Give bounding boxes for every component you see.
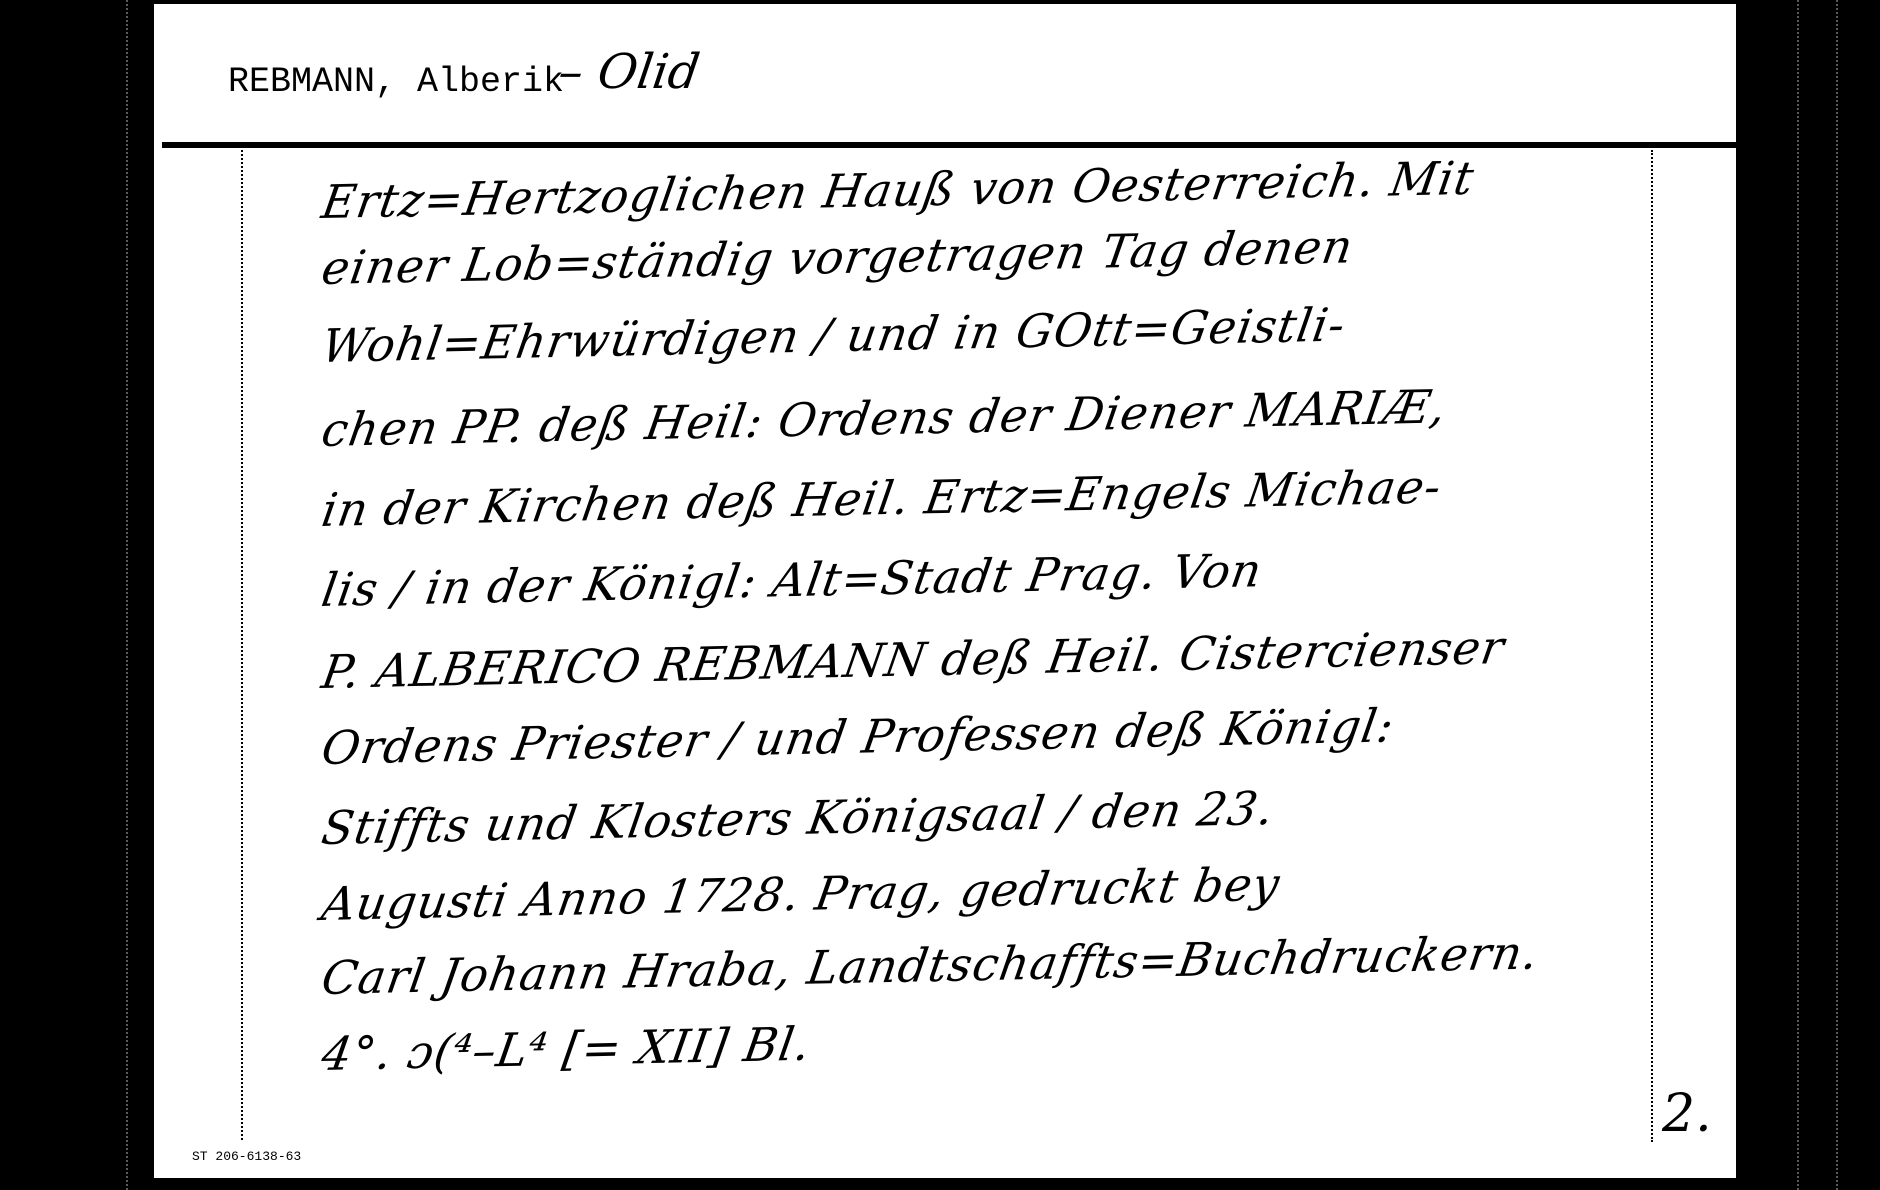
card-footer-code: ST 206-6138-63 (192, 1149, 301, 1164)
body-line: chen PP. deß Heil: Ordens der Diener MAR… (318, 378, 1451, 458)
card-header-name: REBMANN, Alberik (228, 62, 564, 102)
body-line: in der Kirchen deß Heil. Ertz=Engels Mic… (318, 458, 1446, 538)
right-margin-line (1651, 150, 1653, 1142)
body-line: P. ALBERICO REBMANN deß Heil. Cistercien… (318, 619, 1509, 700)
body-line: Carl Johann Hraba, Landtschaffts=Buchdru… (318, 924, 1543, 1006)
body-line: Augusti Anno 1728. Prag, gedruckt bey (318, 856, 1284, 932)
scan-noise-line (126, 0, 128, 1190)
card-header-annotation: – Olid (555, 44, 703, 100)
scan-noise-line (1797, 0, 1799, 1190)
body-line: einer Lob=ständig vorgetragen Tag denen (318, 218, 1357, 296)
body-line: Ertz=Hertzoglichen Hauß von Oesterreich.… (318, 150, 1478, 230)
left-margin-line (241, 150, 243, 1140)
scan-noise-line (1836, 0, 1838, 1190)
body-line: Ordens Priester / und Professen deß Köni… (318, 697, 1398, 776)
body-line: lis / in der Königl: Alt=Stadt Prag. Von (318, 542, 1266, 618)
body-line: Stiffts und Klosters Königsaal / den 23. (318, 780, 1278, 856)
scan-frame: REBMANN, Alberik – Olid Ertz=Hertzoglich… (0, 0, 1880, 1190)
card-sequence-number: 2. (1662, 1084, 1712, 1144)
catalog-card: REBMANN, Alberik – Olid Ertz=Hertzoglich… (154, 4, 1736, 1178)
body-line: Wohl=Ehrwürdigen / und in GOtt=Geistli- (318, 296, 1350, 374)
body-line: 4°. ɔ(⁴–L⁴ [= XII] Bl. (318, 1016, 815, 1082)
header-rule-divider (162, 142, 1736, 148)
